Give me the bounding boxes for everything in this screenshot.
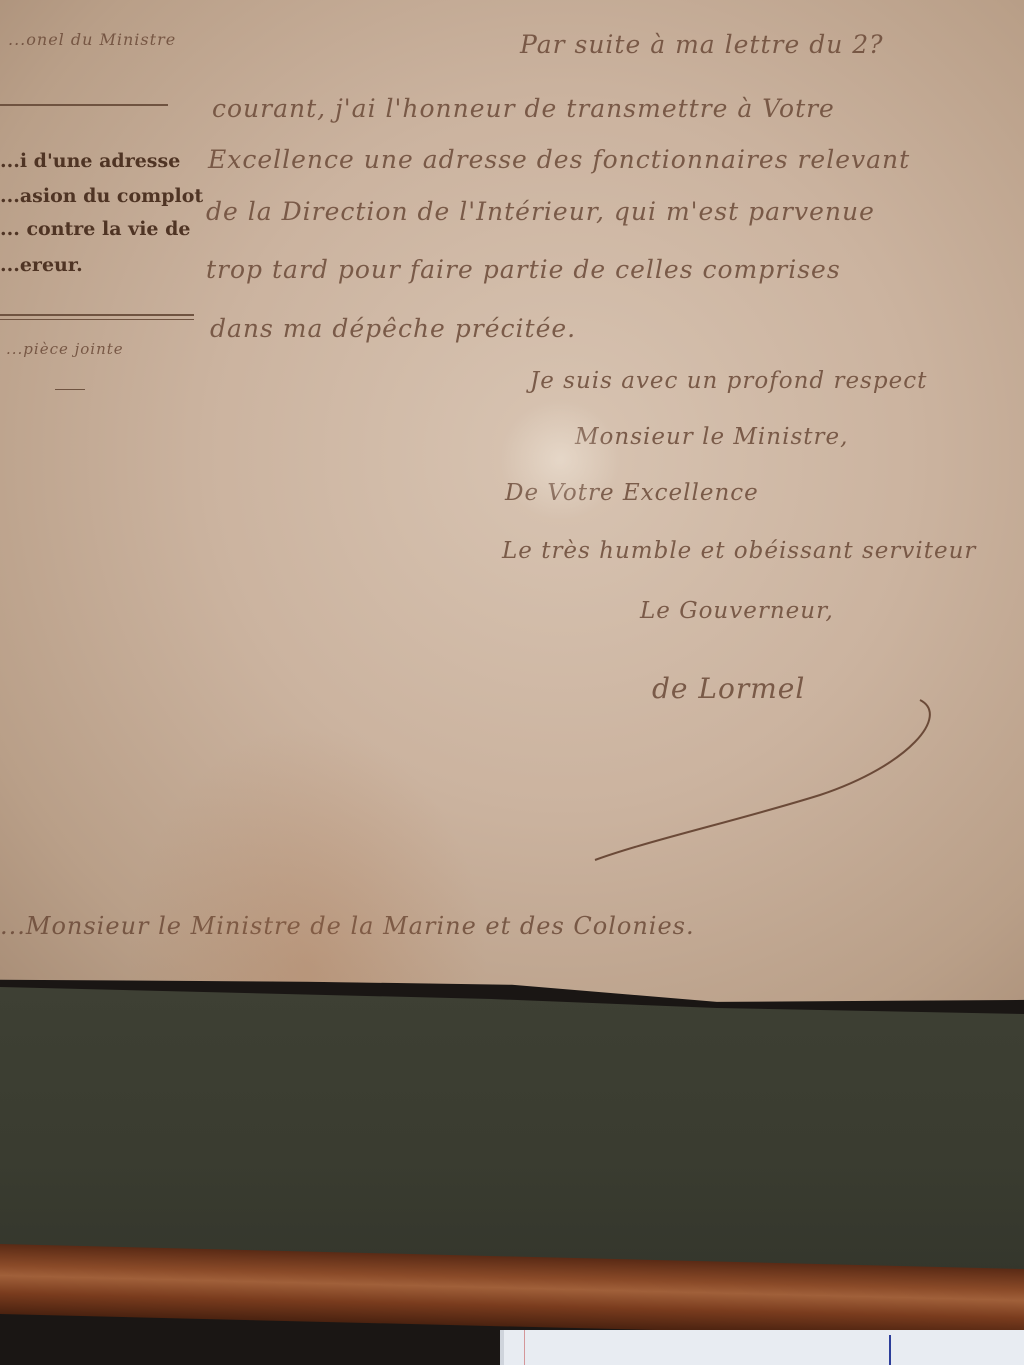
closing-line: Le très humble et obéissant serviteur	[502, 538, 976, 564]
body-line: Excellence une adresse des fonctionnaire…	[208, 145, 910, 174]
addressee-line: ...Monsieur le Ministre de la Marine et …	[0, 912, 695, 940]
margin-header: ...onel du Ministre	[8, 30, 176, 49]
divider-rule	[0, 104, 168, 106]
closing-line: De Votre Excellence	[505, 480, 759, 506]
closing-line: Je suis avec un profond respect	[530, 368, 927, 394]
body-line: dans ma dépêche précitée.	[210, 314, 576, 343]
closing-line: Le Gouverneur,	[640, 598, 834, 624]
summary-line: ...i d'une adresse	[0, 150, 180, 172]
summary-line: ... contre la vie de	[0, 218, 190, 240]
summary-line: ...ereur.	[0, 254, 83, 276]
letter-paper: ...onel du Ministre ...i d'une adresse .…	[0, 0, 1024, 1010]
closing-line: Monsieur le Ministre,	[575, 424, 848, 450]
frame-mat	[0, 978, 1024, 1278]
enclosure-note: ...pièce jointe	[6, 340, 124, 358]
body-line: de la Direction de l'Intérieur, qui m'es…	[206, 197, 875, 226]
enclosure-underline	[55, 389, 85, 390]
signature-flourish	[590, 675, 950, 875]
notebook-edge	[500, 1330, 1024, 1365]
body-line: Par suite à ma lettre du 2?	[520, 30, 884, 59]
summary-line: ...asion du complot	[0, 185, 203, 207]
divider-rule	[0, 319, 194, 320]
body-line: courant, j'ai l'honneur de transmettre à…	[212, 94, 835, 123]
body-line: trop tard pour faire partie de celles co…	[206, 255, 841, 284]
divider-rule	[0, 314, 194, 316]
